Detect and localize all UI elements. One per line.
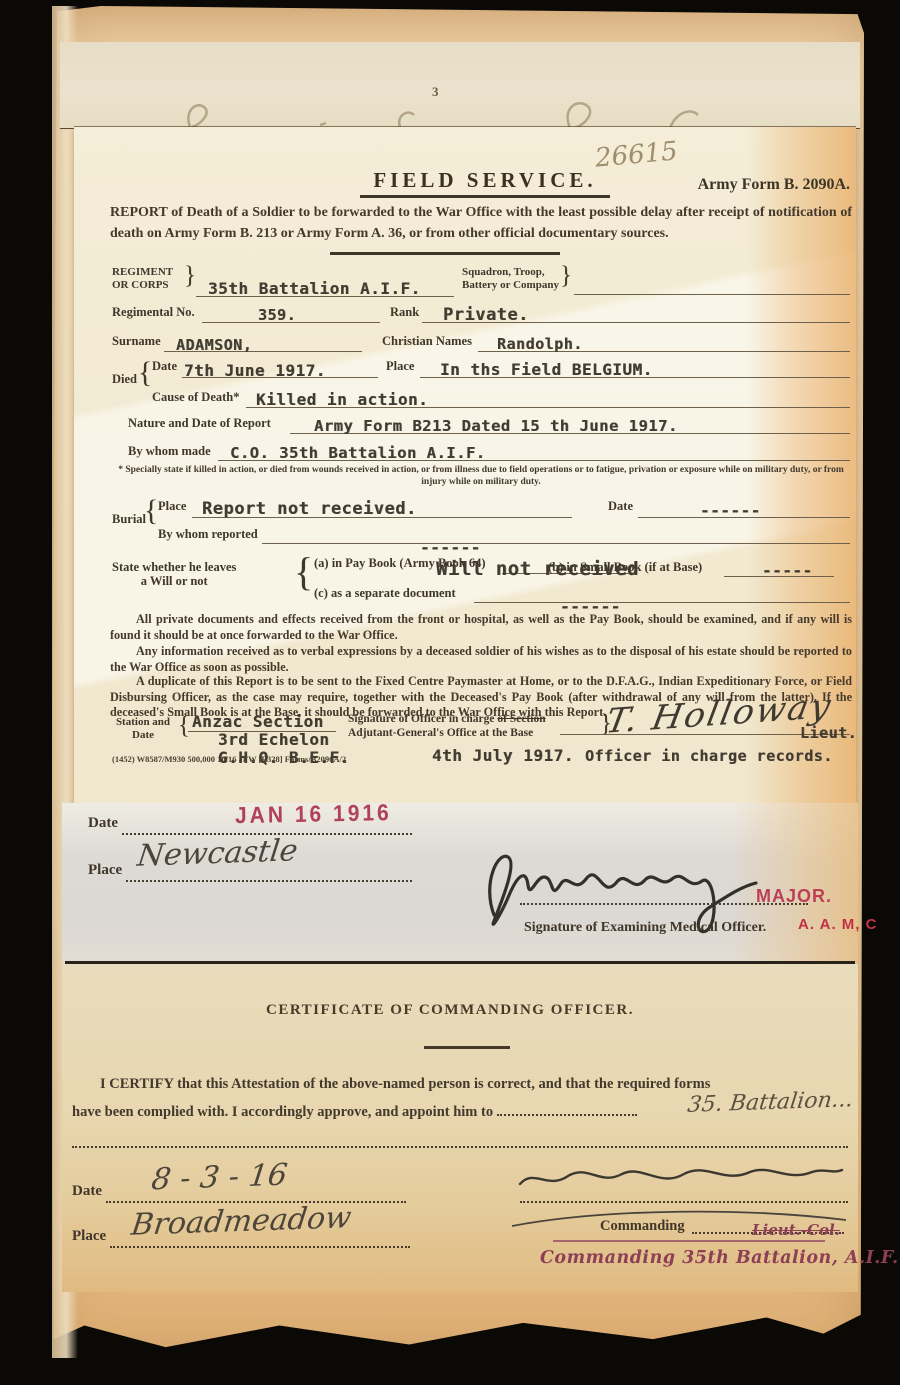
cause-of-death-value: Killed in action.: [256, 390, 428, 409]
form-number: Army Form B. 2090A.: [655, 176, 850, 194]
form-intro: REPORT of Death of a Soldier to be forwa…: [110, 202, 852, 244]
signatory-title: Officer in charge records.: [585, 747, 833, 765]
brace: [560, 262, 572, 290]
regiment-value: 35th Battalion A.I.F.: [208, 279, 421, 298]
brace: [184, 262, 196, 290]
burial-date-value: ------: [700, 501, 761, 520]
form-title: FIELD SERVICE.: [360, 168, 610, 198]
certificate-place-label: Place: [72, 1228, 106, 1245]
will-c-label: (c) as a separate document: [314, 586, 456, 601]
brace: [294, 548, 313, 595]
will-label: State whether he leaves a Will or not: [112, 560, 236, 589]
full-dotline: [72, 1146, 848, 1148]
print-code: (1452) W8587/M930 500,000 10/16 JFW [E32…: [112, 754, 346, 764]
nature-of-report-label: Nature and Date of Report: [128, 416, 271, 431]
surname-value: ADAMSON,: [176, 336, 252, 354]
instruction-paragraph: All private documents and effects receiv…: [110, 612, 852, 643]
burial-place-label: Place: [158, 499, 186, 514]
regiment-label: REGIMENTOR CORPS: [112, 266, 173, 291]
archival-document-photo: 3 26615 FIELD SERVICE. Army Form B. 2090…: [0, 0, 900, 1385]
stamp-rule: [553, 1240, 825, 1242]
burial-date-label: Date: [608, 499, 633, 514]
major-stamp: MAJOR.: [756, 886, 832, 907]
will-c-line: [474, 602, 850, 603]
station-value-2: 3rd Echelon: [218, 730, 329, 749]
surname-label: Surname: [112, 334, 161, 349]
christian-names-label: Christian Names: [382, 334, 472, 349]
certificate-heading: CERTIFICATE OF COMMANDING OFFICER.: [200, 1002, 700, 1019]
medical-place-dotline: [126, 880, 412, 882]
appoint-dotline: [497, 1114, 637, 1116]
commanding-officer-signature: [512, 1158, 852, 1198]
christian-names-value: Randolph.: [497, 335, 583, 353]
brace: [144, 494, 158, 528]
corps-stamp: A. A. M, C: [798, 916, 877, 933]
brace: [138, 356, 152, 390]
cause-of-death-label: Cause of Death*: [152, 390, 240, 405]
died-date-value: 7th June 1917.: [184, 361, 326, 380]
squadron-label: Squadron, Troop,Battery or Company: [462, 266, 559, 291]
signatory-rank: Lieut.: [800, 724, 857, 742]
died-date-label: Date: [152, 359, 177, 374]
co-signature-dotline: [520, 1201, 848, 1203]
regimental-no-label: Regimental No.: [112, 305, 195, 320]
faded-handwriting: [170, 95, 730, 129]
died-label: Died: [112, 372, 137, 387]
regimental-no-value: 359.: [258, 306, 296, 324]
instruction-paragraph: Any information received as to verbal ex…: [110, 644, 852, 675]
certificate-place-dotline: [110, 1246, 410, 1248]
rank-value: Private.: [443, 305, 529, 325]
will-b-label: (b) in Small Book (if at Base): [548, 560, 702, 575]
struck-rank: Lieut.-Col.: [752, 1221, 840, 1239]
divider-rule: [330, 252, 560, 255]
brace: [178, 712, 190, 740]
squadron-line: [574, 294, 850, 295]
date-received-stamp: JAN 16 1916: [235, 800, 392, 829]
commanding-label: Commanding: [600, 1218, 685, 1235]
died-place-value: In ths Field BELGIUM.: [440, 360, 653, 379]
signature-officer-label: Signature of Officer in charge of Sectio…: [348, 712, 546, 741]
battalion-stamp: Commanding 35th Battalion, A.I.F.: [540, 1248, 899, 1268]
burial-place-value: Report not received.: [202, 499, 417, 519]
by-whom-made-value: C.O. 35th Battalion A.I.F.: [230, 444, 486, 462]
station-date-label: Station andDate: [112, 716, 174, 741]
will-b-value: -----: [762, 561, 813, 580]
station-value-1: Anzac Section: [192, 712, 324, 731]
medical-date-label: Date: [88, 815, 118, 832]
medical-place-label: Place: [88, 862, 122, 879]
certificate-divider: [424, 1046, 510, 1049]
medical-place-value: Newcastle: [135, 833, 299, 874]
certificate-date-label: Date: [72, 1183, 102, 1200]
rank-label: Rank: [390, 305, 419, 320]
medical-signature-caption: Signature of Examining Medical Officer.: [524, 920, 766, 936]
by-whom-reported-label: By whom reported: [158, 527, 258, 542]
burial-label: Burial: [112, 512, 146, 527]
footnote: * Specially state if killed in action, o…: [115, 464, 847, 489]
died-place-label: Place: [386, 359, 414, 374]
station-date-value: 4th July 1917.: [432, 746, 574, 765]
nature-of-report-value: Army Form B213 Dated 15 th June 1917.: [314, 417, 678, 435]
certificate-date-value: 8 - 3 - 16: [150, 1158, 290, 1198]
by-whom-reported-value: ------: [420, 538, 481, 557]
by-whom-made-label: By whom made: [128, 444, 211, 459]
by-whom-reported-line: [262, 543, 850, 544]
